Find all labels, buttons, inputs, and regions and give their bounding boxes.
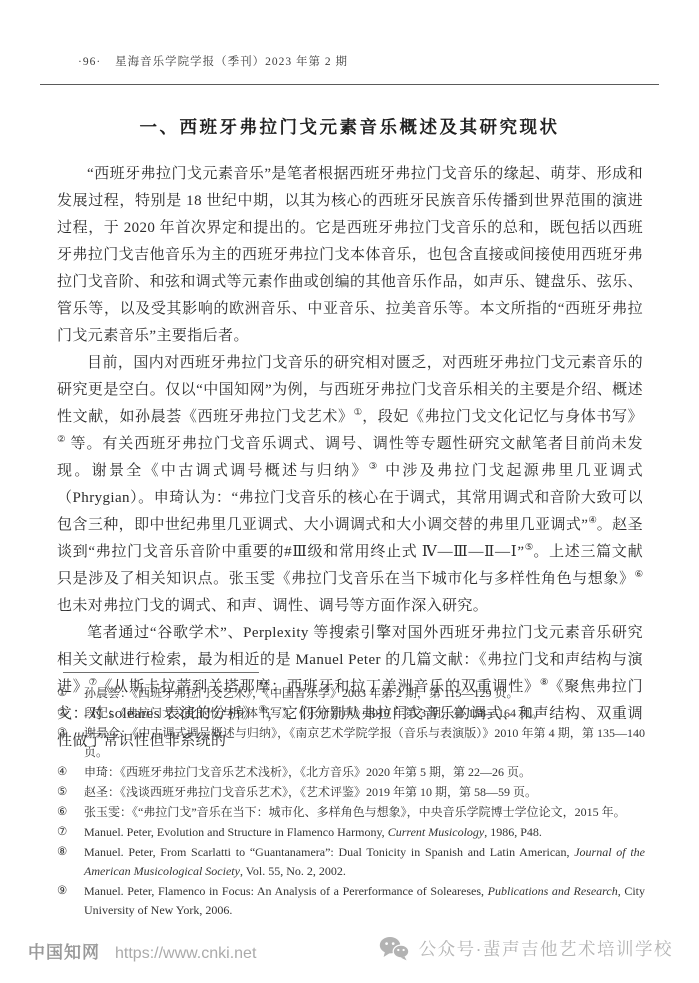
page-footer: 中国知网 https://www.cnki.net 公众号·蜚声吉他艺术培训学校: [0, 936, 699, 976]
footnote-text: 赵圣：《浅谈西班牙弗拉门戈音乐艺术》，《艺术评鉴》2019 年第 10 期，第 …: [84, 783, 645, 802]
journal-scan-page: ·96· 星海音乐学院学报（季刊）2023 年第 2 期 一、西班牙弗拉门戈元素…: [0, 0, 699, 983]
footnote-marker: ①: [57, 684, 84, 703]
text-run: Manuel. Peter, From Scarlatti to “Guanta…: [84, 845, 574, 859]
footnote-marker: ⑥: [57, 803, 84, 822]
body-paragraph: 目前，国内对西班牙弗拉门戈音乐的研究相对匮乏，对西班牙弗拉门戈元素音乐的研究更是…: [57, 350, 643, 620]
citation-superscript: ②: [57, 435, 66, 445]
footnote-item: ⑥张玉雯：《“弗拉门戈”音乐在当下：城市化、多样角色与想象》，中央音乐学院博士学…: [57, 803, 645, 822]
footnote-item: ②段妃：《弗拉门戈文化记忆与身体书写》，《乐府新声》2019 年第 3 期，第 …: [57, 704, 645, 723]
wechat-icon: [379, 936, 410, 961]
wechat-account-label: 公众号·蜚声吉他艺术培训学校: [419, 936, 673, 961]
footnote-text: 申琦：《西班牙弗拉门戈音乐艺术浅析》，《北方音乐》2020 年第 5 期，第 2…: [84, 763, 645, 782]
footnote-text: Manuel. Peter, Evolution and Structure i…: [84, 823, 645, 842]
footnote-marker: ⑧: [57, 843, 84, 881]
text-run: Manuel. Peter, Flamenco in Focus: An Ana…: [84, 884, 488, 898]
header-rule: [40, 84, 659, 85]
article-body: “西班牙弗拉门戈元素音乐”是笔者根据西班牙弗拉门戈音乐的缘起、萌芽、形成和发展过…: [57, 161, 643, 755]
footnote-item: ⑦Manuel. Peter, Evolution and Structure …: [57, 823, 645, 842]
footnote-text: Manuel. Peter, Flamenco in Focus: An Ana…: [84, 882, 645, 920]
footnote-item: ④申琦：《西班牙弗拉门戈音乐艺术浅析》，《北方音乐》2020 年第 5 期，第 …: [57, 763, 645, 782]
footnote-marker: ②: [57, 704, 84, 723]
citation-superscript: ⑥: [635, 570, 643, 580]
text-run: 段妃：《弗拉门戈文化记忆与身体书写》，《乐府新声》2019 年第 3 期，第 1…: [84, 706, 543, 720]
footnote-marker: ④: [57, 763, 84, 782]
page-number: ·96·: [78, 56, 101, 68]
text-run: Publications and Research: [488, 884, 618, 898]
text-run: ，段妃《弗拉门戈文化记忆与身体书写》: [362, 409, 643, 425]
text-run: , Vol. 55, No. 2, 2002.: [240, 864, 346, 878]
body-paragraph: “西班牙弗拉门戈元素音乐”是笔者根据西班牙弗拉门戈音乐的缘起、萌芽、形成和发展过…: [57, 161, 643, 350]
text-run: 张玉雯：《“弗拉门戈”音乐在当下：城市化、多样角色与想象》，中央音乐学院博士学位…: [84, 805, 626, 819]
text-run: 孙晨荟：《西班牙弗拉门戈艺术》，《中国音乐学》2003 年第 2 期，第 115…: [84, 686, 519, 700]
text-run: 也未对弗拉门戈的调式、和声、调性、调号等方面作深入研究。: [57, 598, 488, 614]
text-run: 申琦：《西班牙弗拉门戈音乐艺术浅析》，《北方音乐》2020 年第 5 期，第 2…: [84, 765, 531, 779]
section-title: 一、西班牙弗拉门戈元素音乐概述及其研究现状: [0, 114, 699, 139]
footnote-divider: [63, 672, 259, 673]
cnki-logo-text: 中国知网: [28, 938, 100, 963]
wechat-watermark: 公众号·蜚声吉他艺术培训学校: [379, 936, 673, 961]
footnote-text: 谢景全：《中古调式调号概述与归纳》，《南京艺术学院学报（音乐与表演版）》2010…: [84, 724, 645, 762]
footnote-item: ③谢景全：《中古调式调号概述与归纳》，《南京艺术学院学报（音乐与表演版）》201…: [57, 724, 645, 762]
cnki-watermark: 中国知网 https://www.cnki.net: [28, 938, 256, 963]
footnote-list: ①孙晨荟：《西班牙弗拉门戈艺术》，《中国音乐学》2003 年第 2 期，第 11…: [57, 684, 645, 921]
citation-superscript: ③: [369, 462, 379, 472]
footnote-item: ⑧Manuel. Peter, From Scarlatti to “Guant…: [57, 843, 645, 881]
text-run: Current Musicology: [388, 825, 485, 839]
footnote-item: ⑤赵圣：《浅谈西班牙弗拉门戈音乐艺术》，《艺术评鉴》2019 年第 10 期，第…: [57, 783, 645, 802]
text-run: Manuel. Peter, Evolution and Structure i…: [84, 825, 388, 839]
footnote-text: 孙晨荟：《西班牙弗拉门戈艺术》，《中国音乐学》2003 年第 2 期，第 115…: [84, 684, 645, 703]
footnote-text: Manuel. Peter, From Scarlatti to “Guanta…: [84, 843, 645, 881]
text-run: 赵圣：《浅谈西班牙弗拉门戈音乐艺术》，《艺术评鉴》2019 年第 10 期，第 …: [84, 785, 537, 799]
text-run: , 1986, P48.: [484, 825, 542, 839]
citation-superscript: ④: [588, 516, 596, 526]
cnki-url: https://www.cnki.net: [115, 945, 256, 963]
footnote-item: ⑨Manuel. Peter, Flamenco in Focus: An An…: [57, 882, 645, 920]
footnote-marker: ③: [57, 724, 84, 762]
footnote-marker: ⑨: [57, 882, 84, 920]
text-run: “西班牙弗拉门戈元素音乐”是笔者根据西班牙弗拉门戈音乐的缘起、萌芽、形成和发展过…: [57, 166, 643, 344]
footnote-text: 张玉雯：《“弗拉门戈”音乐在当下：城市化、多样角色与想象》，中央音乐学院博士学位…: [84, 803, 645, 822]
footnote-marker: ⑦: [57, 823, 84, 842]
page-header: ·96· 星海音乐学院学报（季刊）2023 年第 2 期: [78, 53, 348, 69]
text-run: 谢景全：《中古调式调号概述与归纳》，《南京艺术学院学报（音乐与表演版）》2010…: [84, 726, 645, 759]
citation-superscript: ①: [354, 408, 363, 418]
footnote-marker: ⑤: [57, 783, 84, 802]
journal-title: 星海音乐学院学报（季刊）2023 年第 2 期: [115, 53, 348, 69]
footnote-item: ①孙晨荟：《西班牙弗拉门戈艺术》，《中国音乐学》2003 年第 2 期，第 11…: [57, 684, 645, 703]
footnote-text: 段妃：《弗拉门戈文化记忆与身体书写》，《乐府新声》2019 年第 3 期，第 1…: [84, 704, 645, 723]
